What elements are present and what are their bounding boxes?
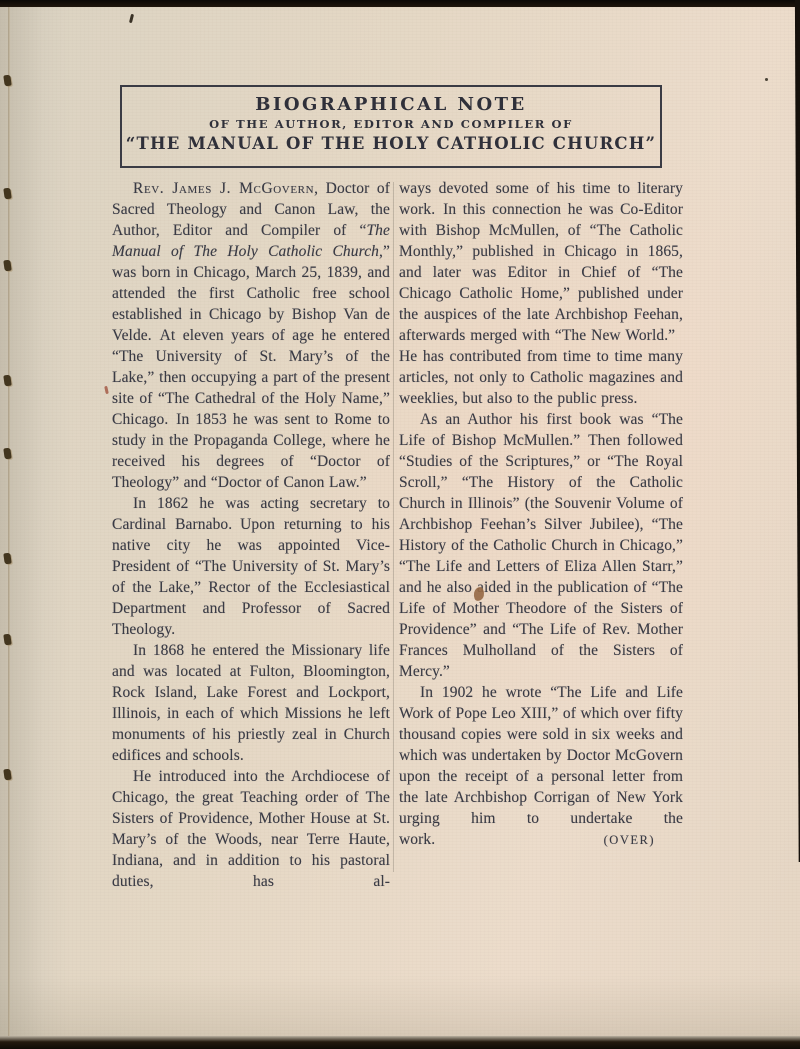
paragraph: He introduced into the Archdiocese of Ch…	[112, 766, 390, 892]
paragraph-end-text: work.	[399, 829, 435, 850]
text-segment: In 1862 he was acting secretary to Cardi…	[112, 495, 390, 638]
header-subtitle: OF THE AUTHOR, EDITOR AND COMPILER OF	[122, 117, 660, 131]
stitch-mark	[3, 188, 11, 200]
scan-edge-bottom	[0, 1036, 800, 1049]
text-segment: ways devoted some of his time to literar…	[399, 180, 683, 407]
paragraph: In 1902 he wrote “The Life and Life Work…	[399, 682, 683, 829]
text-segment: He introduced into the Archdiocese of Ch…	[112, 768, 390, 890]
right-column: ways devoted some of his time to literar…	[399, 178, 683, 892]
stitch-mark	[3, 260, 11, 272]
ink-fleck	[765, 78, 768, 81]
stitch-mark	[3, 769, 11, 781]
text-segment: As an Author his first book was “The Lif…	[399, 411, 683, 680]
stitch-mark	[3, 75, 11, 87]
book-page: BIOGRAPHICAL NOTE OF THE AUTHOR, EDITOR …	[0, 0, 800, 1049]
paragraph: ways devoted some of his time to literar…	[399, 178, 683, 409]
red-pencil-mark	[104, 386, 109, 394]
paragraph: As an Author his first book was “The Lif…	[399, 409, 683, 682]
text-segment: ,” was born in Chicago, March 25, 1839, …	[112, 243, 390, 491]
text-segment: Rev. James J. McGovern	[133, 180, 314, 197]
header-book-title: “THE MANUAL OF THE HOLY CATHOLIC CHURCH”	[122, 134, 660, 153]
over-label: (OVER)	[604, 830, 655, 851]
binding-crease-line	[8, 7, 10, 1036]
biographical-note-header-box: BIOGRAPHICAL NOTE OF THE AUTHOR, EDITOR …	[120, 85, 662, 168]
ink-fleck	[129, 14, 134, 23]
stitch-mark	[3, 553, 11, 565]
stitch-mark	[3, 375, 11, 387]
paragraph: In 1862 he was acting secretary to Cardi…	[112, 493, 390, 640]
paragraph: work.(OVER)	[399, 829, 683, 851]
stitch-mark	[3, 634, 11, 646]
article-body: Rev. James J. McGovern, Doctor of Sacred…	[112, 178, 683, 892]
header-title: BIOGRAPHICAL NOTE	[122, 95, 660, 115]
paragraph: In 1868 he entered the Missionary life a…	[112, 640, 390, 766]
scan-edge-top	[0, 0, 800, 7]
text-segment: In 1868 he entered the Missionary life a…	[112, 642, 390, 764]
paragraph: Rev. James J. McGovern, Doctor of Sacred…	[112, 178, 390, 493]
stitch-mark	[3, 448, 11, 460]
text-segment: In 1902 he wrote “The Life and Life Work…	[399, 684, 683, 827]
left-column: Rev. James J. McGovern, Doctor of Sacred…	[112, 178, 390, 892]
